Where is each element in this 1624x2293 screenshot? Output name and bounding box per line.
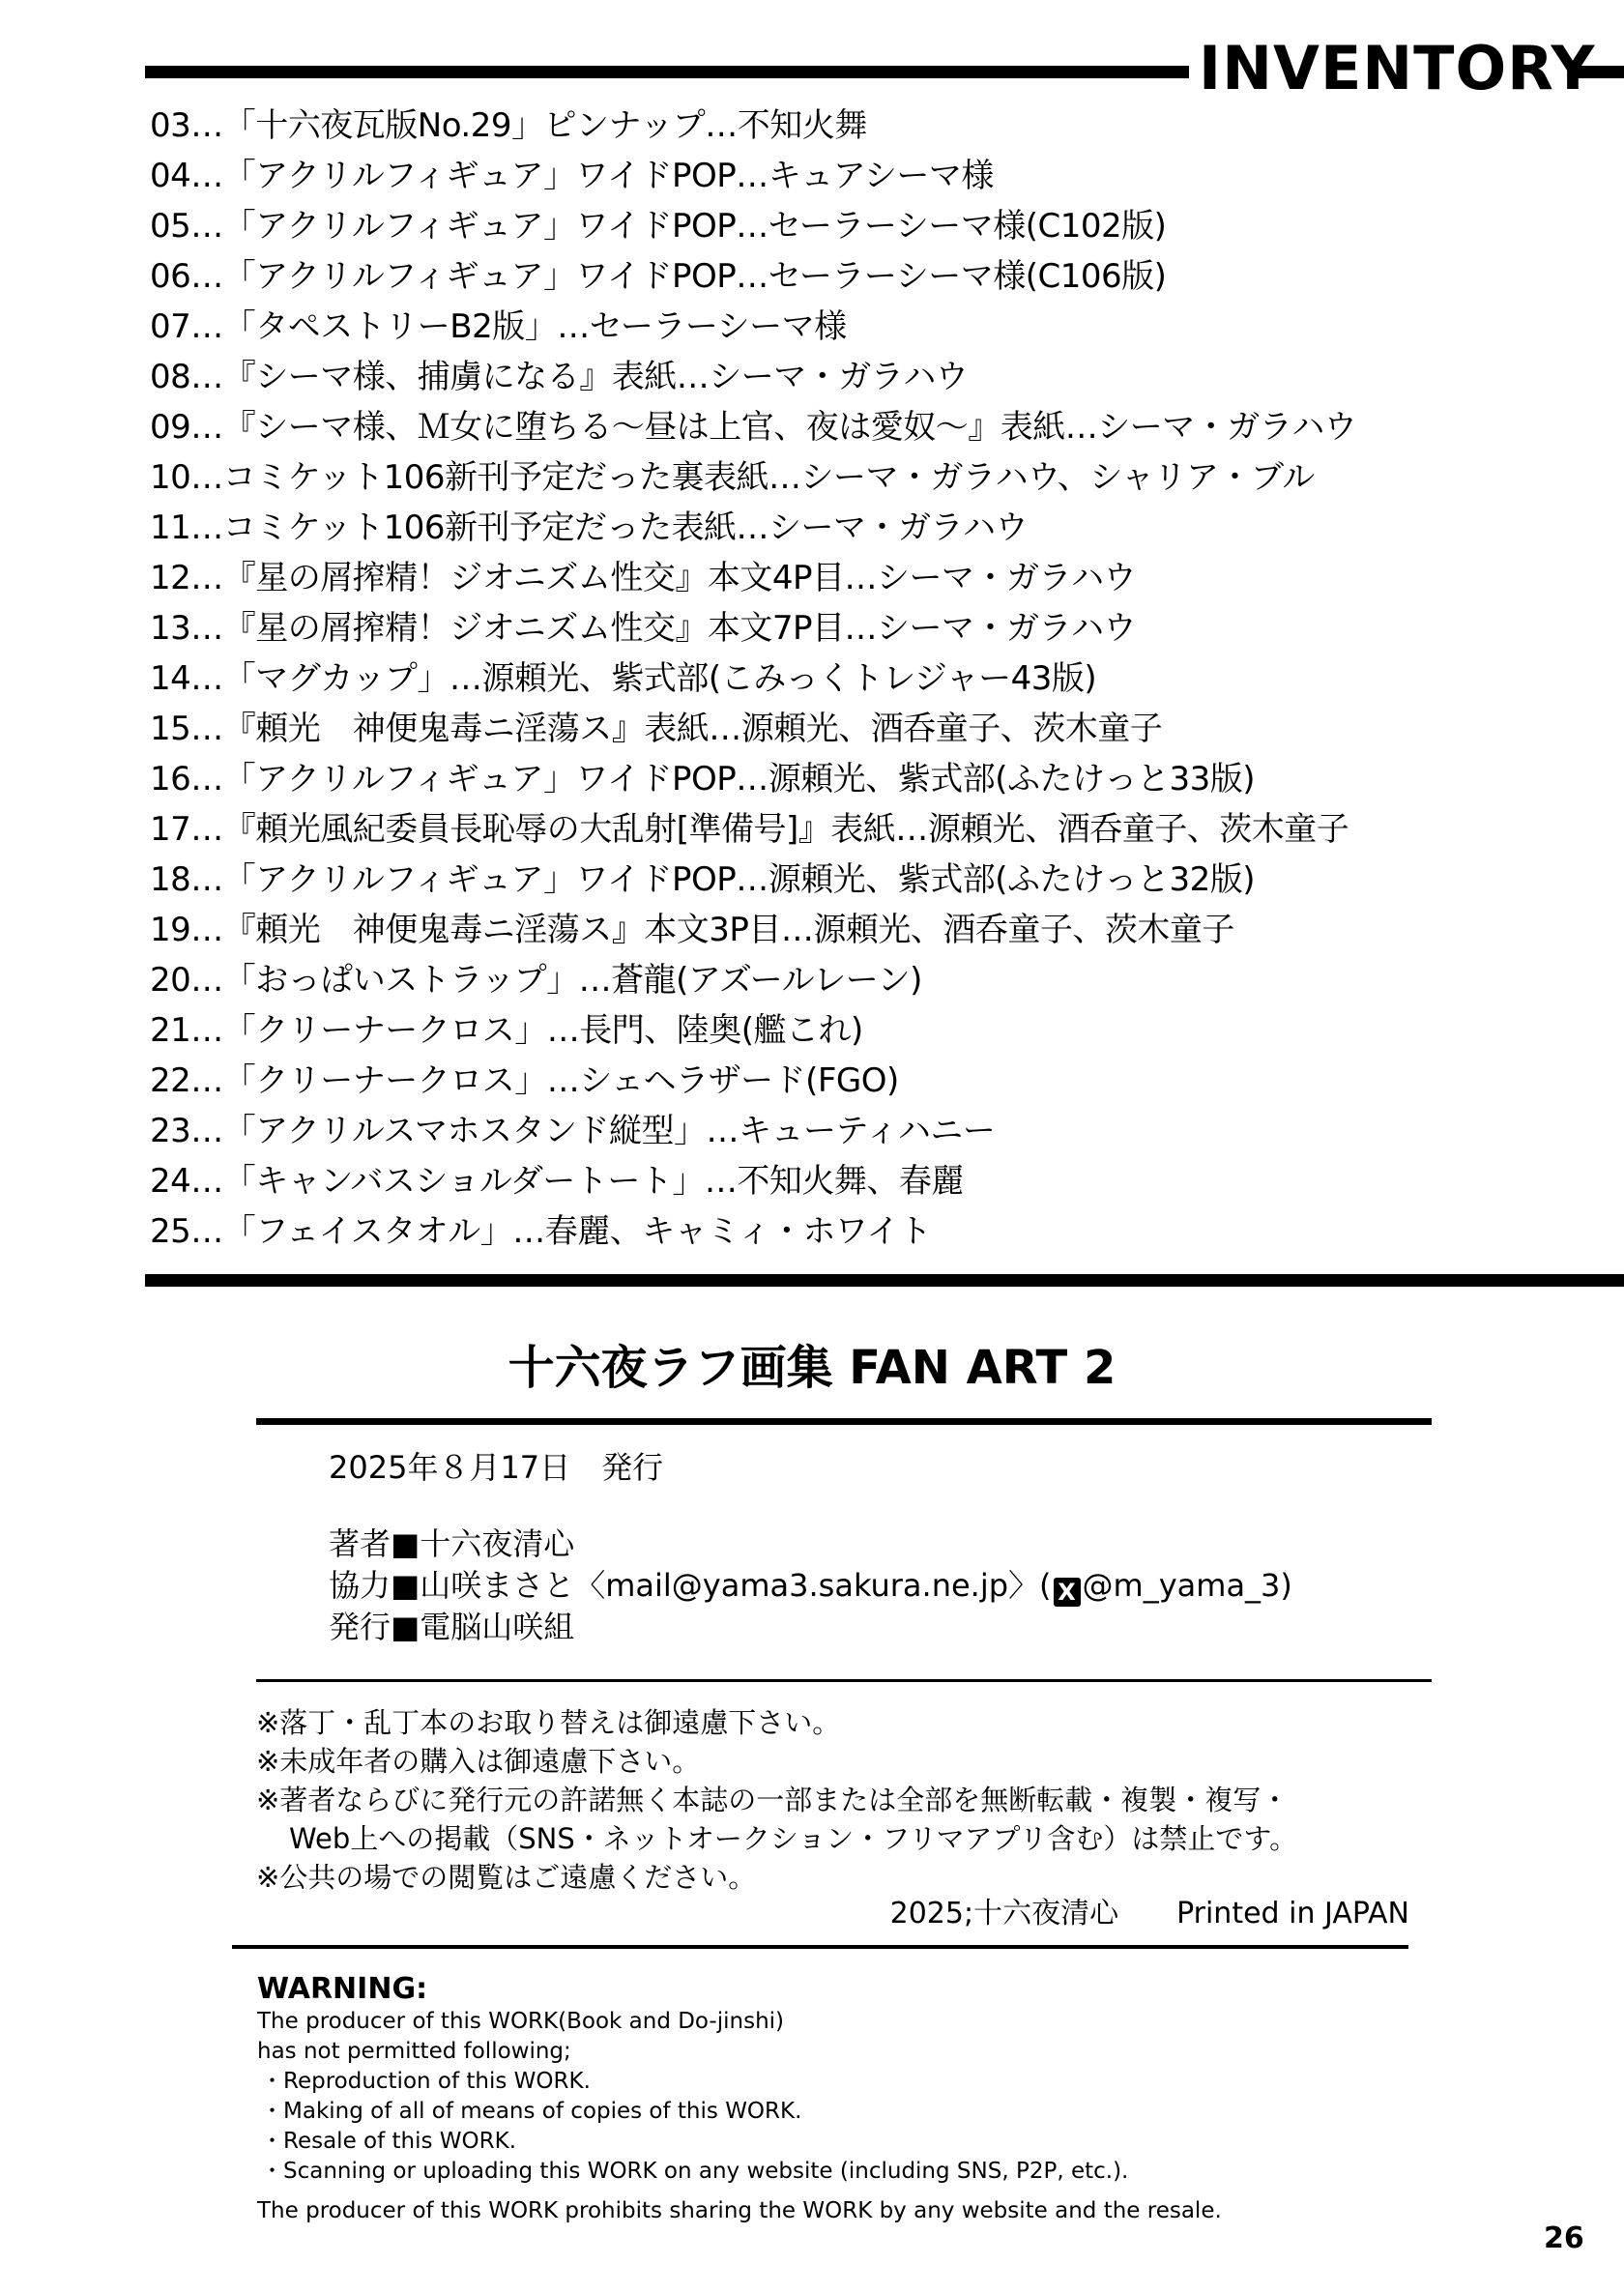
- item-number: 08: [150, 358, 190, 396]
- item-text: …「おっぱいストラップ」…蒼龍(アズールレーン): [190, 961, 922, 1000]
- item-text: …「アクリルフィギュア」ワイドPOP…セーラーシーマ様(C102版): [190, 207, 1166, 246]
- list-item: 16…「アクリルフィギュア」ワイドPOP…源頼光、紫式部(ふたけっと33版): [150, 754, 1356, 804]
- item-number: 09: [150, 408, 190, 447]
- list-item: 05…「アクリルフィギュア」ワイドPOP…セーラーシーマ様(C102版): [150, 201, 1356, 251]
- author-line: 著者■十六夜清心: [329, 1524, 1292, 1565]
- page-number: 26: [1544, 2220, 1584, 2258]
- note-line: Web上への掲載（SNS・ネットオークション・フリマアプリ含む）は禁止です。: [256, 1819, 1297, 1858]
- note-line: ※未成年者の購入は御遠慮下さい。: [256, 1742, 1297, 1781]
- cooperation-suffix: @m_yama_3): [1083, 1567, 1292, 1604]
- item-text: …『頼光風紀委員長恥辱の大乱射[準備号]』表紙…源頼光、酒呑童子、茨木童子: [190, 810, 1348, 849]
- item-number: 17: [150, 810, 190, 849]
- item-number: 14: [150, 659, 190, 698]
- list-item: 22…「クリーナークロス」…シェヘラザード(FGO): [150, 1056, 1356, 1106]
- header-rule-left: [145, 66, 1189, 78]
- item-number: 15: [150, 710, 190, 748]
- item-number: 16: [150, 760, 190, 798]
- list-item: 06…「アクリルフィギュア」ワイドPOP…セーラーシーマ様(C106版): [150, 251, 1356, 302]
- item-text: …『頼光 神便鬼毒ニ淫蕩ス』本文3P目…源頼光、酒呑童子、茨木童子: [190, 911, 1234, 949]
- item-number: 07: [150, 307, 190, 346]
- list-item: 25…「フェイスタオル」…春麗、キャミィ・ホワイト: [150, 1206, 1356, 1257]
- item-number: 03: [150, 106, 190, 145]
- section-heading: INVENTORY: [1199, 35, 1595, 102]
- item-number: 21: [150, 1011, 190, 1050]
- item-text: …「アクリルフィギュア」ワイドPOP…源頼光、紫式部(ふたけっと32版): [190, 860, 1255, 899]
- printed-in: Printed in JAPAN: [1176, 1897, 1409, 1930]
- item-text: …「アクリルスマホスタンド縦型」…キューティハニー: [190, 1112, 995, 1150]
- inventory-list: 03…「十六夜瓦版No.29」ピンナップ…不知火舞 04…「アクリルフィギュア」…: [150, 101, 1356, 1257]
- item-number: 12: [150, 559, 190, 597]
- item-number: 05: [150, 207, 190, 246]
- item-text: …「アクリルフィギュア」ワイドPOP…セーラーシーマ様(C106版): [190, 257, 1166, 296]
- credits: 著者■十六夜清心 協力■山咲まさと〈mail@yama3.sakura.ne.j…: [329, 1524, 1292, 1648]
- note-line: ※著者ならびに発行元の許諾無く本誌の一部または全部を無断転載・複製・複写・: [256, 1781, 1297, 1819]
- list-item: 09…『シーマ様、Ｍ女に堕ちる～昼は上官、夜は愛奴～』表紙…シーマ・ガラハウ: [150, 402, 1356, 452]
- warning-line: has not permitted following;: [257, 2037, 1222, 2067]
- title-rule: [256, 1418, 1432, 1425]
- item-text: …「十六夜瓦版No.29」ピンナップ…不知火舞: [190, 106, 867, 145]
- list-item: 21…「クリーナークロス」…長門、陸奥(艦これ): [150, 1005, 1356, 1056]
- note-line: ※公共の場での閲覧はご遠慮ください。: [256, 1858, 1297, 1897]
- item-number: 20: [150, 961, 190, 1000]
- item-number: 10: [150, 458, 190, 497]
- item-text: …『星の屑搾精！ジオニズム性交』本文7P目…シーマ・ガラハウ: [190, 609, 1136, 648]
- item-text: …「クリーナークロス」…シェヘラザード(FGO): [190, 1061, 899, 1100]
- list-item: 14…「マグカップ」…源頼光、紫式部(こみっくトレジャー43版): [150, 653, 1356, 704]
- list-item: 07…「タペストリーB2版」…セーラーシーマ様: [150, 302, 1356, 352]
- item-text: …「アクリルフィギュア」ワイドPOP…源頼光、紫式部(ふたけっと33版): [190, 760, 1255, 798]
- warning-final: The producer of this WORK prohibits shar…: [257, 2196, 1222, 2226]
- list-item: 10…コミケット106新刊予定だった裏表紙…シーマ・ガラハウ、シャリア・ブル: [150, 452, 1356, 503]
- list-item: 08…『シーマ様、捕虜になる』表紙…シーマ・ガラハウ: [150, 352, 1356, 402]
- item-text: …『シーマ様、Ｍ女に堕ちる～昼は上官、夜は愛奴～』表紙…シーマ・ガラハウ: [190, 408, 1356, 447]
- cooperation-prefix: 協力■山咲まさと〈mail@yama3.sakura.ne.jp〉(: [329, 1567, 1052, 1604]
- warning-line: The producer of this WORK(Book and Do-ji…: [257, 2007, 1222, 2037]
- list-item: 20…「おっぱいストラップ」…蒼龍(アズールレーン): [150, 955, 1356, 1005]
- item-text: …『シーマ様、捕虜になる』表紙…シーマ・ガラハウ: [190, 358, 968, 396]
- notes: ※落丁・乱丁本のお取り替えは御遠慮下さい。 ※未成年者の購入は御遠慮下さい。 ※…: [256, 1703, 1297, 1897]
- list-item: 19…『頼光 神便鬼毒ニ淫蕩ス』本文3P目…源頼光、酒呑童子、茨木童子: [150, 905, 1356, 955]
- item-number: 06: [150, 257, 190, 296]
- cooperation-line: 協力■山咲まさと〈mail@yama3.sakura.ne.jp〉(X@m_ya…: [329, 1565, 1292, 1607]
- book-title: 十六夜ラフ画集 FAN ART 2: [0, 1339, 1624, 1397]
- warning-bullet: ・Resale of this WORK.: [257, 2127, 1222, 2157]
- item-text: …コミケット106新刊予定だった裏表紙…シーマ・ガラハウ、シャリア・ブル: [190, 458, 1314, 497]
- header-rule-right: [1570, 66, 1624, 78]
- publisher-line: 発行■電脳山咲組: [329, 1607, 1292, 1648]
- item-text: …「マグカップ」…源頼光、紫式部(こみっくトレジャー43版): [190, 659, 1096, 698]
- item-text: …「フェイスタオル」…春麗、キャミィ・ホワイト: [190, 1212, 931, 1251]
- item-number: 24: [150, 1162, 190, 1201]
- item-text: …コミケット106新刊予定だった表紙…シーマ・ガラハウ: [190, 508, 1028, 547]
- signature-line: 2025;十六夜清心Printed in JAPAN: [890, 1895, 1409, 1933]
- x-logo-icon: X: [1054, 1578, 1081, 1607]
- item-text: …「アクリルフィギュア」ワイドPOP…キュアシーマ様: [190, 157, 994, 195]
- warning-rule: [232, 1945, 1408, 1949]
- item-text: …『頼光 神便鬼毒ニ淫蕩ス』表紙…源頼光、酒呑童子、茨木童子: [190, 710, 1162, 748]
- item-text: …『星の屑搾精！ジオニズム性交』本文4P目…シーマ・ガラハウ: [190, 559, 1136, 597]
- list-item: 17…『頼光風紀委員長恥辱の大乱射[準備号]』表紙…源頼光、酒呑童子、茨木童子: [150, 804, 1356, 855]
- item-number: 25: [150, 1212, 190, 1251]
- item-text: …「クリーナークロス」…長門、陸奥(艦これ): [190, 1011, 863, 1050]
- list-item: 15…『頼光 神便鬼毒ニ淫蕩ス』表紙…源頼光、酒呑童子、茨木童子: [150, 704, 1356, 754]
- item-number: 13: [150, 609, 190, 648]
- warning-bullet: ・Scanning or uploading this WORK on any …: [257, 2157, 1222, 2187]
- publish-date: 2025年８月17日 発行: [329, 1446, 663, 1489]
- item-number: 22: [150, 1061, 190, 1100]
- list-item: 03…「十六夜瓦版No.29」ピンナップ…不知火舞: [150, 101, 1356, 151]
- item-text: …「キャンバスショルダートート」…不知火舞、春麗: [190, 1162, 964, 1201]
- list-item: 13…『星の屑搾精！ジオニズム性交』本文7P目…シーマ・ガラハウ: [150, 603, 1356, 653]
- item-number: 18: [150, 860, 190, 899]
- item-number: 04: [150, 157, 190, 195]
- list-item: 11…コミケット106新刊予定だった表紙…シーマ・ガラハウ: [150, 503, 1356, 553]
- list-item: 23…「アクリルスマホスタンド縦型」…キューティハニー: [150, 1106, 1356, 1156]
- item-number: 11: [150, 508, 190, 547]
- warning-heading: WARNING:: [257, 1972, 1222, 2007]
- copyright: 2025;十六夜清心: [890, 1897, 1118, 1930]
- list-item: 18…「アクリルフィギュア」ワイドPOP…源頼光、紫式部(ふたけっと32版): [150, 855, 1356, 905]
- list-item: 24…「キャンバスショルダートート」…不知火舞、春麗: [150, 1156, 1356, 1206]
- item-number: 23: [150, 1112, 190, 1150]
- item-text: …「タペストリーB2版」…セーラーシーマ様: [190, 307, 846, 346]
- list-item: 04…「アクリルフィギュア」ワイドPOP…キュアシーマ様: [150, 151, 1356, 201]
- warning-bullet: ・Reproduction of this WORK.: [257, 2067, 1222, 2097]
- credits-rule: [256, 1679, 1432, 1682]
- note-line: ※落丁・乱丁本のお取り替えは御遠慮下さい。: [256, 1703, 1297, 1742]
- warning-block: WARNING: The producer of this WORK(Book …: [257, 1972, 1222, 2226]
- item-number: 19: [150, 911, 190, 949]
- warning-bullet: ・Making of all of means of copies of thi…: [257, 2097, 1222, 2127]
- list-item: 12…『星の屑搾精！ジオニズム性交』本文4P目…シーマ・ガラハウ: [150, 553, 1356, 603]
- inventory-bottom-rule: [145, 1274, 1624, 1287]
